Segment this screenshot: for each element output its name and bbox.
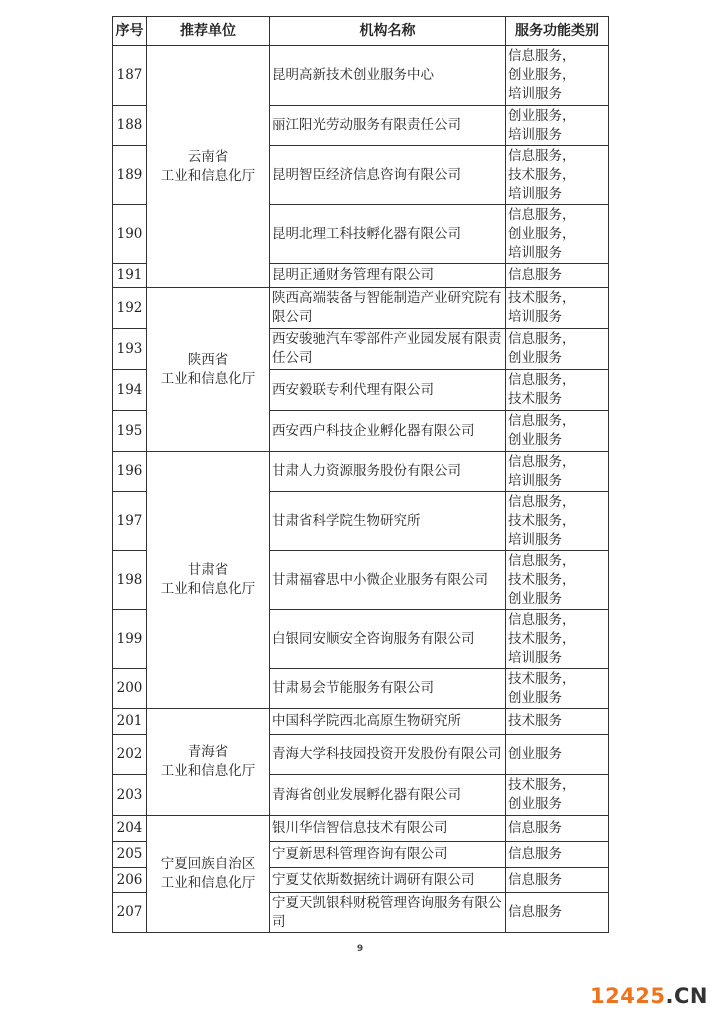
unit-department: 工业和信息化厅 [149,874,267,893]
organization-name-cell: 西安毅联专利代理有限公司 [270,370,506,411]
organization-name-cell: 青海大学科技园投资开发股份有限公司 [270,735,506,775]
organization-name-cell: 宁夏天凯银科财税管理咨询服务有限公司 [270,893,506,933]
organization-name-cell: 白银同安顺安全咨询服务有限公司 [270,610,506,669]
serial-no-cell: 205 [113,842,147,868]
serial-no-cell: 194 [113,370,147,411]
serial-no-cell: 199 [113,610,147,669]
unit-department: 工业和信息化厅 [149,167,267,186]
organization-name-cell: 昆明北理工科技孵化器有限公司 [270,205,506,264]
serial-no-cell: 196 [113,452,147,492]
recommending-unit-cell: 甘肃省工业和信息化厅 [147,452,270,709]
service-category-cell: 信息服务 [506,842,609,868]
header-serial-no: 序号 [113,17,147,46]
service-item: 创业服务， [508,225,606,244]
unit-department: 工业和信息化厅 [149,580,267,599]
unit-department: 工业和信息化厅 [149,762,267,781]
watermark-number: 12425 [590,984,666,1008]
organization-name-cell: 青海省创业发展孵化器有限公司 [270,775,506,816]
service-item: 培训服务 [508,126,606,145]
service-item: 技术服务， [508,512,606,531]
table-header-row: 序号 推荐单位 机构名称 服务功能类别 [113,17,609,46]
service-item: 创业服务 [508,590,606,609]
service-item: 技术服务， [508,289,606,308]
organization-table: 序号 推荐单位 机构名称 服务功能类别 187云南省工业和信息化厅昆明高新技术创… [112,16,609,933]
service-item: 信息服务， [508,330,606,349]
service-item: 培训服务 [508,244,606,263]
organization-name-cell: 甘肃省科学院生物研究所 [270,492,506,551]
service-category-cell: 创业服务 [506,735,609,775]
unit-province: 云南省 [149,148,267,167]
organization-name-cell: 丽江阳光劳动服务有限责任公司 [270,106,506,146]
serial-no-cell: 193 [113,329,147,370]
service-category-cell: 技术服务，创业服务 [506,775,609,816]
service-item: 信息服务 [508,819,606,838]
organization-name-cell: 中国科学院西北高原生物研究所 [270,709,506,735]
service-item: 信息服务， [508,552,606,571]
organization-name-cell: 宁夏艾依斯数据统计调研有限公司 [270,868,506,893]
header-recommending-unit: 推荐单位 [147,17,270,46]
recommending-unit-cell: 陕西省工业和信息化厅 [147,288,270,452]
service-category-cell: 信息服务，技术服务，培训服务 [506,610,609,669]
service-category-cell: 信息服务，技术服务 [506,370,609,411]
service-item: 创业服务， [508,107,606,126]
organization-name-cell: 宁夏新思科管理咨询有限公司 [270,842,506,868]
organization-name-cell: 昆明智臣经济信息咨询有限公司 [270,146,506,205]
serial-no-cell: 190 [113,205,147,264]
site-watermark: 12425.CN [590,984,708,1008]
service-item: 培训服务 [508,472,606,491]
organization-name-cell: 昆明正通财务管理有限公司 [270,264,506,288]
service-category-cell: 信息服务，创业服务，培训服务 [506,46,609,106]
service-item: 技术服务， [508,776,606,795]
serial-no-cell: 206 [113,868,147,893]
unit-department: 工业和信息化厅 [149,370,267,389]
service-item: 信息服务 [508,266,606,285]
recommending-unit-cell: 云南省工业和信息化厅 [147,46,270,288]
serial-no-cell: 207 [113,893,147,933]
service-item: 技术服务， [508,670,606,689]
unit-province: 陕西省 [149,351,267,370]
service-category-cell: 创业服务，培训服务 [506,106,609,146]
service-item: 信息服务， [508,206,606,225]
service-item: 培训服务 [508,185,606,204]
unit-province: 宁夏回族自治区 [149,855,267,874]
service-item: 培训服务 [508,308,606,327]
watermark-suffix: .CN [666,984,708,1008]
service-category-cell: 信息服务 [506,868,609,893]
serial-no-cell: 202 [113,735,147,775]
organization-name-cell: 昆明高新技术创业服务中心 [270,46,506,106]
service-item: 信息服务， [508,611,606,630]
service-item: 信息服务， [508,47,606,66]
service-item: 培训服务 [508,531,606,550]
table-row: 192陕西省工业和信息化厅陕西高端装备与智能制造产业研究院有限公司技术服务，培训… [113,288,609,329]
serial-no-cell: 189 [113,146,147,205]
header-organization-name: 机构名称 [270,17,506,46]
service-item: 创业服务 [508,349,606,368]
service-item: 信息服务， [508,453,606,472]
serial-no-cell: 200 [113,669,147,709]
unit-province: 青海省 [149,743,267,762]
service-category-cell: 信息服务 [506,816,609,842]
service-item: 创业服务， [508,66,606,85]
organization-name-cell: 西安西户科技企业孵化器有限公司 [270,411,506,452]
service-item: 信息服务 [508,845,606,864]
table-row: 196甘肃省工业和信息化厅甘肃人力资源服务股份有限公司信息服务，培训服务 [113,452,609,492]
service-item: 培训服务 [508,649,606,668]
service-category-cell: 信息服务，技术服务，创业服务 [506,551,609,610]
serial-no-cell: 191 [113,264,147,288]
organization-name-cell: 甘肃福睿思中小微企业服务有限公司 [270,551,506,610]
serial-no-cell: 195 [113,411,147,452]
table-row: 204宁夏回族自治区工业和信息化厅银川华信智信息技术有限公司信息服务 [113,816,609,842]
recommending-unit-cell: 青海省工业和信息化厅 [147,709,270,816]
service-item: 信息服务， [508,371,606,390]
service-category-cell: 技术服务，培训服务 [506,288,609,329]
service-item: 创业服务 [508,745,606,764]
service-item: 技术服务， [508,571,606,590]
serial-no-cell: 203 [113,775,147,816]
service-item: 技术服务， [508,630,606,649]
serial-no-cell: 204 [113,816,147,842]
service-item: 技术服务 [508,390,606,409]
service-category-cell: 信息服务，技术服务，培训服务 [506,146,609,205]
serial-no-cell: 188 [113,106,147,146]
serial-no-cell: 198 [113,551,147,610]
organization-name-cell: 甘肃人力资源服务股份有限公司 [270,452,506,492]
service-item: 信息服务 [508,903,606,922]
service-category-cell: 技术服务，创业服务 [506,669,609,709]
service-category-cell: 信息服务，创业服务 [506,411,609,452]
organization-name-cell: 陕西高端装备与智能制造产业研究院有限公司 [270,288,506,329]
organization-name-cell: 银川华信智信息技术有限公司 [270,816,506,842]
service-item: 信息服务， [508,147,606,166]
organization-name-cell: 甘肃易会节能服务有限公司 [270,669,506,709]
service-item: 技术服务 [508,712,606,731]
recommending-unit-cell: 宁夏回族自治区工业和信息化厅 [147,816,270,933]
service-item: 信息服务， [508,412,606,431]
service-category-cell: 信息服务 [506,264,609,288]
service-category-cell: 信息服务，创业服务，培训服务 [506,205,609,264]
header-service-category: 服务功能类别 [506,17,609,46]
service-item: 创业服务 [508,689,606,708]
organization-name-cell: 西安骏驰汽车零部件产业园发展有限责任公司 [270,329,506,370]
service-item: 技术服务， [508,166,606,185]
unit-province: 甘肃省 [149,561,267,580]
page-number: 9 [0,944,720,954]
service-category-cell: 技术服务 [506,709,609,735]
service-item: 创业服务 [508,795,606,814]
service-category-cell: 信息服务 [506,893,609,933]
service-category-cell: 信息服务，技术服务，培训服务 [506,492,609,551]
serial-no-cell: 192 [113,288,147,329]
table-body: 187云南省工业和信息化厅昆明高新技术创业服务中心信息服务，创业服务，培训服务1… [113,46,609,933]
service-category-cell: 信息服务，培训服务 [506,452,609,492]
service-item: 培训服务 [508,85,606,104]
table-row: 187云南省工业和信息化厅昆明高新技术创业服务中心信息服务，创业服务，培训服务 [113,46,609,106]
serial-no-cell: 187 [113,46,147,106]
serial-no-cell: 201 [113,709,147,735]
service-item: 信息服务， [508,493,606,512]
service-item: 信息服务 [508,871,606,890]
service-item: 创业服务 [508,431,606,450]
table-row: 201青海省工业和信息化厅中国科学院西北高原生物研究所技术服务 [113,709,609,735]
serial-no-cell: 197 [113,492,147,551]
service-category-cell: 信息服务，创业服务 [506,329,609,370]
